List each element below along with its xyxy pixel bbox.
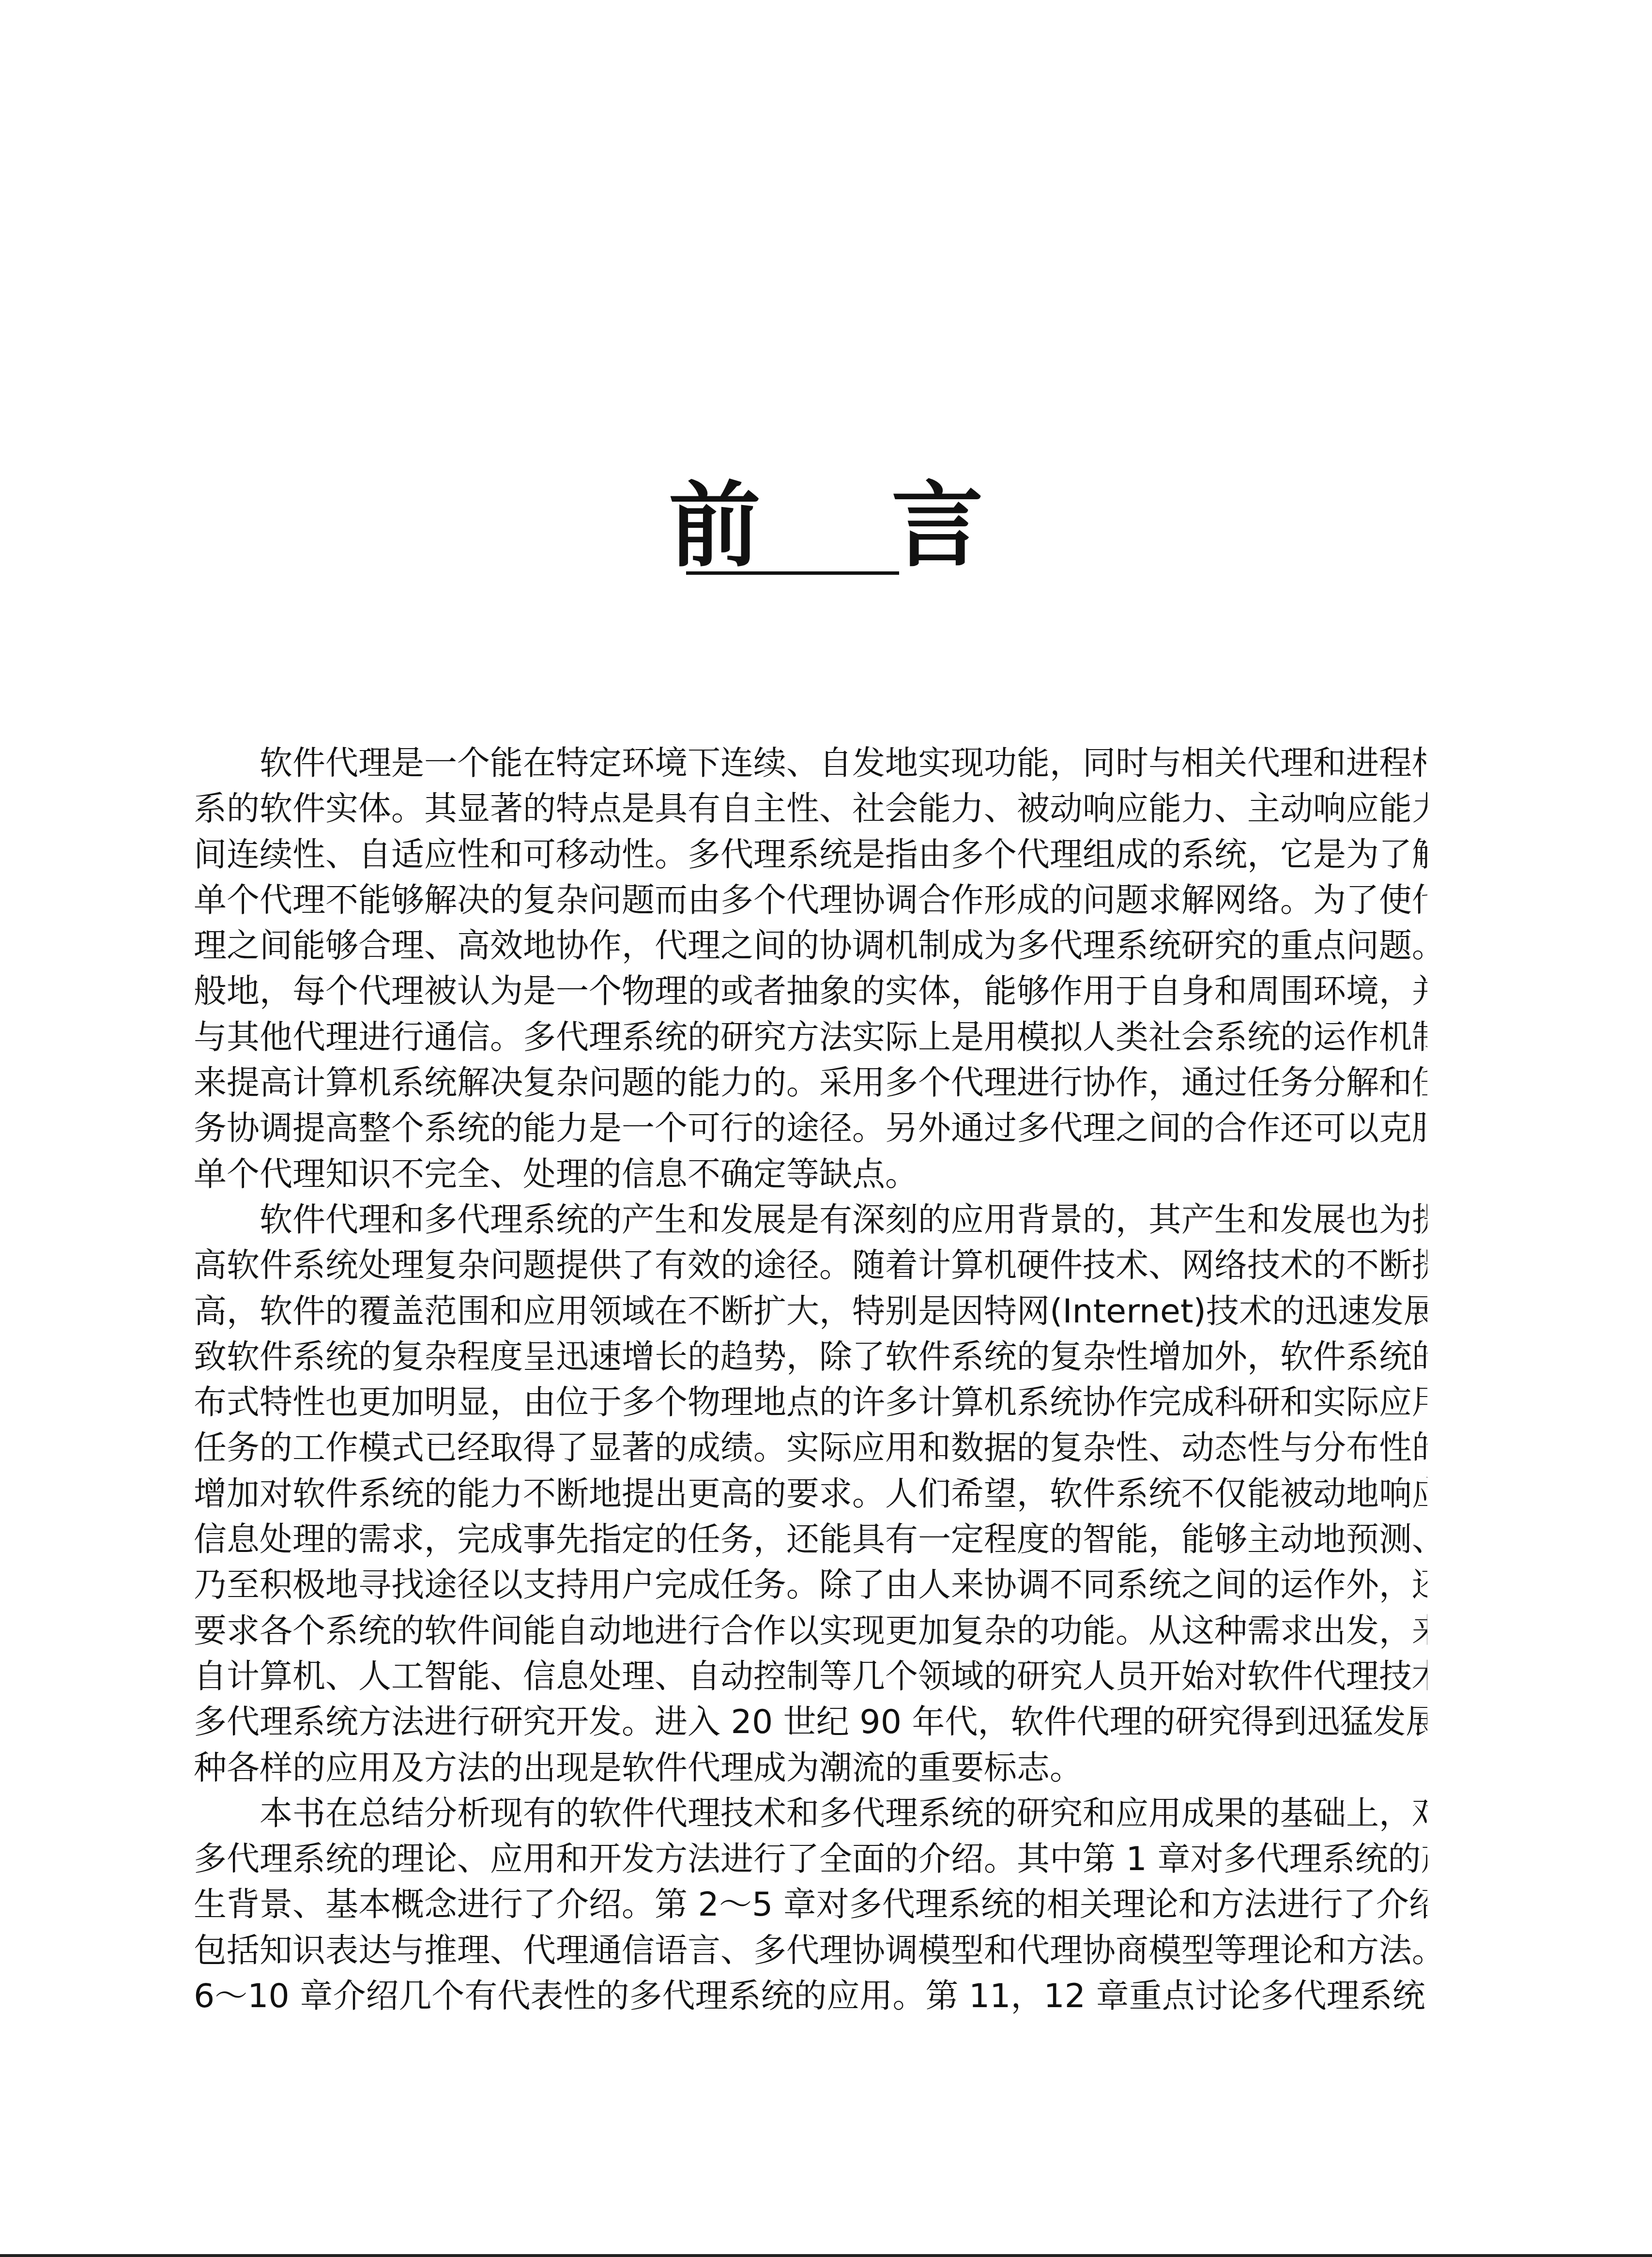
text-line: 务协调提高整个系统的能力是一个可行的途径。另外通过多代理之间的合作还可以克服 — [194, 1106, 1427, 1152]
text-line: 包括知识表达与推理、代理通信语言、多代理协调模型和代理协商模型等理论和方法。第 — [194, 1928, 1427, 1974]
text-line: 系的软件实体。其显著的特点是具有自主性、社会能力、被动响应能力、主动响应能力、时 — [194, 786, 1427, 832]
text-line: 来提高计算机系统解决复杂问题的能力的。采用多个代理进行协作，通过任务分解和任 — [194, 1060, 1427, 1106]
paragraph-3: 本书在总结分析现有的软件代理技术和多代理系统的研究和应用成果的基础上，对 多代理… — [194, 1791, 1427, 2019]
text-line: 6～10 章介绍几个有代表性的多代理系统的应用。第 11，12 章重点讨论多代理… — [194, 1974, 1427, 2019]
text-line: 理之间能够合理、高效地协作，代理之间的协调机制成为多代理系统研究的重点问题。一 — [194, 923, 1427, 969]
text-line: 信息处理的需求，完成事先指定的任务，还能具有一定程度的智能，能够主动地预测、适应 — [194, 1517, 1427, 1563]
text-line: 与其他代理进行通信。多代理系统的研究方法实际上是用模拟人类社会系统的运作机制 — [194, 1015, 1427, 1060]
text-line: 间连续性、自适应性和可移动性。多代理系统是指由多个代理组成的系统，它是为了解决 — [194, 832, 1427, 878]
text-line: 高软件系统处理复杂问题提供了有效的途径。随着计算机硬件技术、网络技术的不断提 — [194, 1243, 1427, 1289]
text-line: 增加对软件系统的能力不断地提出更高的要求。人们希望，软件系统不仅能被动地响应 — [194, 1472, 1427, 1517]
text-line: 要求各个系统的软件间能自动地进行合作以实现更加复杂的功能。从这种需求出发，来 — [194, 1609, 1427, 1654]
preface-body: 软件代理是一个能在特定环境下连续、自发地实现功能，同时与相关代理和进程相联 系的… — [194, 741, 1427, 2019]
paragraph-2: 软件代理和多代理系统的产生和发展是有深刻的应用背景的，其产生和发展也为提 高软件… — [194, 1198, 1427, 1791]
text-line: 多代理系统的理论、应用和开发方法进行了全面的介绍。其中第 1 章对多代理系统的产 — [194, 1837, 1427, 1882]
title-char-1: 前 — [669, 479, 761, 571]
text-line: 多代理系统方法进行研究开发。进入 20 世纪 90 年代，软件代理的研究得到迅猛… — [194, 1700, 1427, 1745]
text-line: 生背景、基本概念进行了介绍。第 2～5 章对多代理系统的相关理论和方法进行了介绍… — [194, 1882, 1427, 1928]
text-line: 任务的工作模式已经取得了显著的成绩。实际应用和数据的复杂性、动态性与分布性的 — [194, 1426, 1427, 1471]
text-line: 种各样的应用及方法的出现是软件代理成为潮流的重要标志。 — [194, 1746, 1427, 1791]
text-line: 高，软件的覆盖范围和应用领域在不断扩大，特别是因特网(Internet)技术的迅… — [194, 1289, 1427, 1335]
text-line: 软件代理是一个能在特定环境下连续、自发地实现功能，同时与相关代理和进程相联 — [194, 741, 1427, 786]
text-line: 乃至积极地寻找途径以支持用户完成任务。除了由人来协调不同系统之间的运作外，还 — [194, 1563, 1427, 1608]
page-edge-line — [0, 2254, 1652, 2257]
text-line: 自计算机、人工智能、信息处理、自动控制等几个领域的研究人员开始对软件代理技术及 — [194, 1654, 1427, 1700]
text-line: 单个代理知识不完全、处理的信息不确定等缺点。 — [194, 1152, 1427, 1198]
text-line: 般地，每个代理被认为是一个物理的或者抽象的实体，能够作用于自身和周围环境，并可 — [194, 969, 1427, 1014]
text-line: 软件代理和多代理系统的产生和发展是有深刻的应用背景的，其产生和发展也为提 — [194, 1198, 1427, 1243]
page-title: 前言 — [0, 479, 1652, 571]
text-line: 单个代理不能够解决的复杂问题而由多个代理协调合作形成的问题求解网络。为了使代 — [194, 878, 1427, 923]
text-line: 布式特性也更加明显，由位于多个物理地点的许多计算机系统协作完成科研和实际应用 — [194, 1380, 1427, 1426]
text-line: 本书在总结分析现有的软件代理技术和多代理系统的研究和应用成果的基础上，对 — [194, 1791, 1427, 1837]
text-line: 致软件系统的复杂程度呈迅速增长的趋势，除了软件系统的复杂性增加外，软件系统的分 — [194, 1335, 1427, 1380]
title-char-2: 言 — [891, 479, 983, 571]
title-underline — [686, 571, 899, 575]
paragraph-1: 软件代理是一个能在特定环境下连续、自发地实现功能，同时与相关代理和进程相联 系的… — [194, 741, 1427, 1198]
